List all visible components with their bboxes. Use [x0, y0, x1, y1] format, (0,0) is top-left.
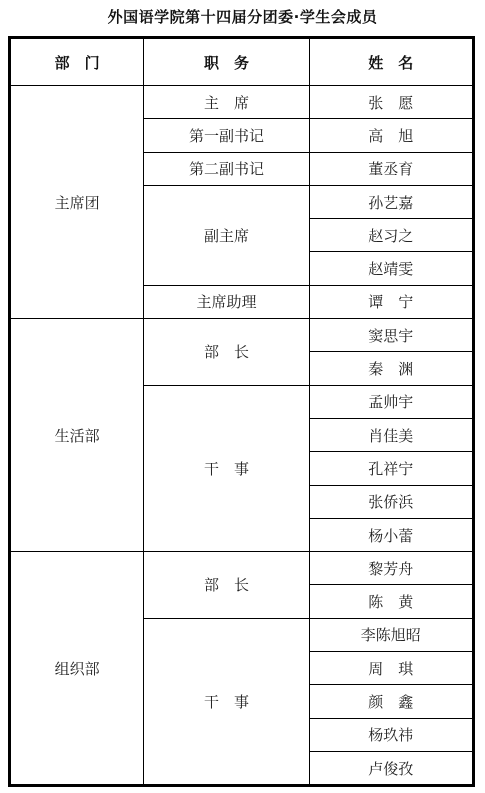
position-cell: 部 长: [144, 319, 309, 386]
member-table: 部 门 职 务 姓 名 主席团 主 席 张 愿 第一副书记 高 旭 第二副书记 …: [8, 36, 475, 787]
name-cell: 孟帅宇: [309, 385, 473, 418]
name-cell: 孙艺嘉: [309, 185, 473, 218]
name-cell: 肖佳美: [309, 418, 473, 451]
position-cell: 干 事: [144, 618, 309, 785]
position-cell: 主 席: [144, 86, 309, 119]
name-cell: 张侨浜: [309, 485, 473, 518]
department-cell: 生活部: [10, 319, 144, 552]
position-cell: 第二副书记: [144, 152, 309, 185]
position-cell: 第一副书记: [144, 119, 309, 152]
name-cell: 黎芳舟: [309, 552, 473, 585]
name-cell: 孔祥宁: [309, 452, 473, 485]
table-row: 组织部 部 长 黎芳舟: [10, 552, 474, 585]
position-cell: 副主席: [144, 185, 309, 285]
name-cell: 赵靖雯: [309, 252, 473, 285]
name-cell: 谭 宁: [309, 285, 473, 318]
name-cell: 高 旭: [309, 119, 473, 152]
name-cell: 陈 黄: [309, 585, 473, 618]
table-row: 主席团 主 席 张 愿: [10, 86, 474, 119]
header-department: 部 门: [10, 38, 144, 86]
name-cell: 张 愿: [309, 86, 473, 119]
document-title: 外国语学院第十四届分团委·学生会成员: [0, 6, 485, 27]
name-cell: 窦思宇: [309, 319, 473, 352]
name-cell: 董丞育: [309, 152, 473, 185]
position-cell: 主席助理: [144, 285, 309, 318]
position-cell: 部 长: [144, 552, 309, 619]
department-cell: 主席团: [10, 86, 144, 319]
name-cell: 杨小蕾: [309, 518, 473, 551]
table-row: 生活部 部 长 窦思宇: [10, 319, 474, 352]
header-row: 部 门 职 务 姓 名: [10, 38, 474, 86]
name-cell: 李陈旭昭: [309, 618, 473, 651]
name-cell: 秦 渊: [309, 352, 473, 385]
header-name: 姓 名: [309, 38, 473, 86]
department-cell: 组织部: [10, 552, 144, 786]
header-position: 职 务: [144, 38, 309, 86]
name-cell: 卢俊孜: [309, 751, 473, 785]
name-cell: 杨玖祎: [309, 718, 473, 751]
name-cell: 赵习之: [309, 219, 473, 252]
name-cell: 周 琪: [309, 652, 473, 685]
name-cell: 颜 鑫: [309, 685, 473, 718]
position-cell: 干 事: [144, 385, 309, 551]
